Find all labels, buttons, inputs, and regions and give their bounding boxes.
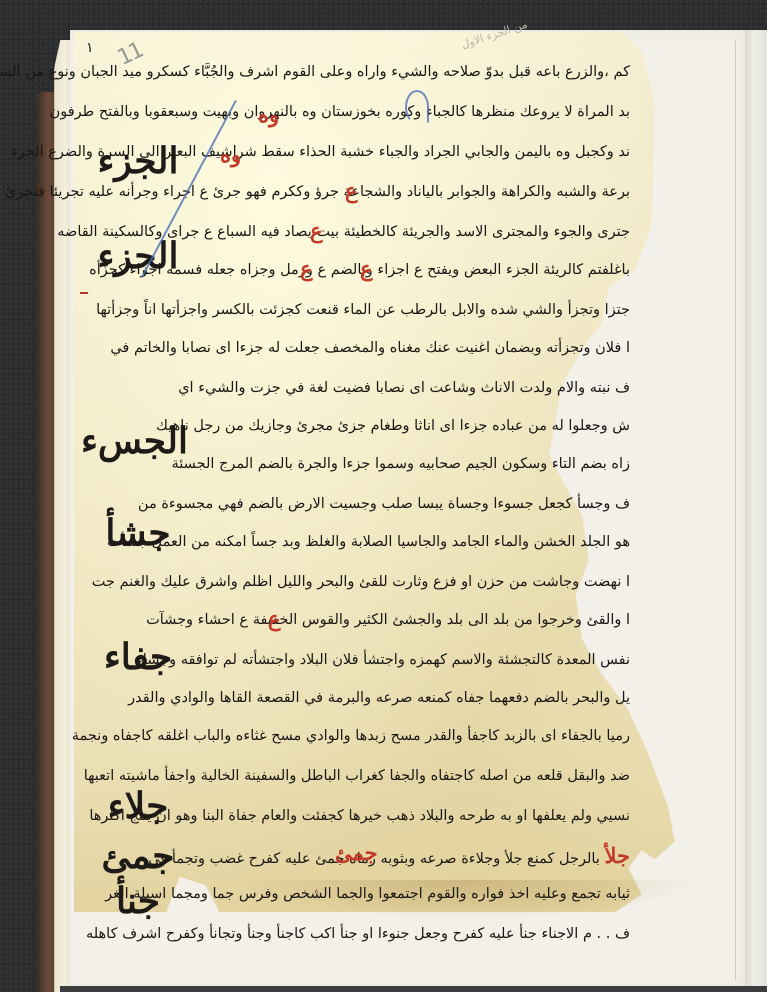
text-line: ش وجعلوا له من عباده جزءا اى اناثا وطغام…: [260, 414, 630, 438]
rubric-headword-jamia: جمئ: [335, 840, 378, 865]
blue-annotation-loop: [405, 90, 429, 124]
text-line: ا والقئ وخرجوا من بلد الى بلد والجشئ الك…: [220, 608, 630, 632]
rubric-marker-ayn: ع: [268, 606, 281, 631]
rubric-marker-ayn: ع: [360, 256, 373, 281]
rubric-marker-wh: وه: [220, 142, 241, 167]
text-line: زاه بضم التاء وسكون الجيم صحابيه وسموا ج…: [250, 452, 630, 476]
text-line: ثيابه تجمع وعليه اخذ فواره والقوم اجتمعو…: [160, 882, 630, 906]
rubric-marker-ayn: ع: [300, 256, 313, 281]
text-line: كم ،والزرع باعه قبل بدوّ صلاحه والشيء وا…: [160, 60, 630, 84]
text-line: برعة والشبه والكراهة والجوابر بالياناد و…: [160, 180, 630, 204]
text-line: جلأ بالرجل كمنع جلأ وجلاءة صرعه وبثوبه ر…: [160, 844, 630, 868]
rubric-marker-wh: وه: [258, 102, 279, 127]
text-line: يل والبحر بالضم دفعهما جفاه كمنعه صرعه و…: [180, 686, 630, 710]
facing-page-edge: [745, 30, 767, 992]
text-line: ا نهضت وجاشت من حزن او فزع وثارت للقئ وا…: [210, 570, 630, 594]
text-line: ف وجسأ كجعل جسوءا وجساة يبسا صلب وجسيت ا…: [220, 492, 630, 516]
text-line: ضد والبقل قلعه من اصله كاجتفاه والجفا كغ…: [160, 764, 630, 788]
gutter-line: [735, 40, 736, 980]
text-line: رميا بالجفاء اى بالزبد كاجفأ والقدر مسح …: [160, 724, 630, 748]
text-line: نسيي ولم يعلفها او به طرحه والبلاد ذهب خ…: [160, 804, 630, 828]
red-margin-tick: [80, 292, 88, 294]
text-line: نفس المعدة كالتجشئة والاسم كهمزه واجتشأ …: [210, 648, 630, 672]
bottom-edge: [60, 986, 767, 992]
rubric-marker-ayn: ع: [345, 178, 358, 203]
rubric-marker-ayn: ع: [310, 218, 323, 243]
corner-mark: ١: [86, 40, 94, 56]
text-line: ا فلان وتجزأته وبضمان اغنيت عنك مغناه وا…: [230, 336, 630, 360]
text-line: جتزا وتجزأ والشي شده والابل بالرطب عن ال…: [210, 298, 630, 322]
text-line: باغلفتم كالريئة الجزء البعض ويفتح ع اجزا…: [160, 258, 630, 282]
text-line: ف نبته والام ولدت الاناث وشاعت اى نصابا …: [260, 376, 630, 400]
rubric-headword: جلأ: [604, 843, 630, 868]
text-line: جترى والجوء والمجترى الاسد والجريئة كالخ…: [160, 220, 630, 244]
text-line: ف . . م الاجناء جنأ عليه كفرح وجعل جنوءا…: [160, 922, 630, 946]
text-line: هو الجلد الخشن والماء الجامد والجاسيا ال…: [200, 530, 630, 554]
